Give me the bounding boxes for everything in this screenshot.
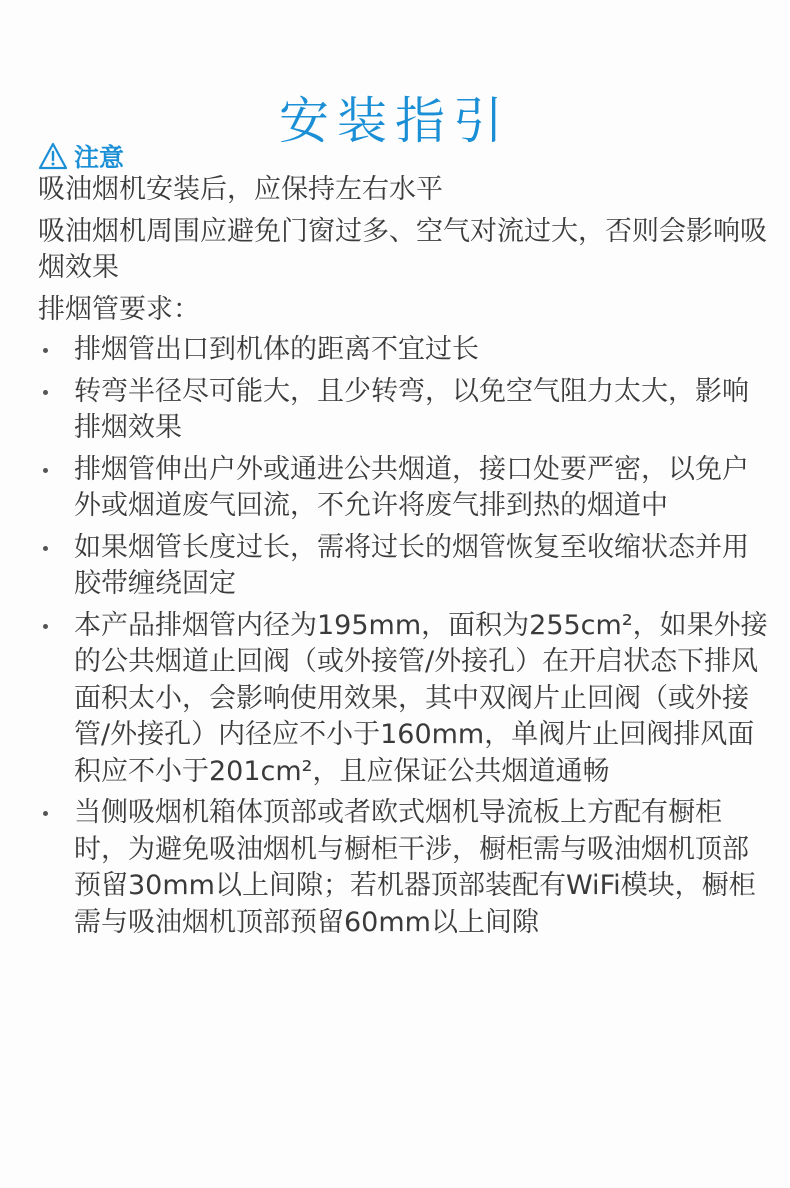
bullet-dot-icon <box>43 811 48 816</box>
bullet-list: 排烟管出口到机体的距离不宜过长 转弯半径尽可能大，且少转弯，以免空气阻力太大，影… <box>38 332 768 941</box>
bullet-dot-icon <box>43 546 48 551</box>
list-item: 本产品排烟管内径为195mm，面积为255cm²，如果外接的公共烟道止回阀（或外… <box>38 608 768 791</box>
list-item-text: 当侧吸烟机箱体顶部或者欧式烟机导流板上方配有橱柜时，为避免吸油烟机与橱柜干涉，橱… <box>74 797 756 938</box>
list-item-text: 如果烟管长度过长，需将过长的烟管恢复至收缩状态并用胶带缠绕固定 <box>74 532 749 600</box>
warning-triangle-icon <box>38 142 68 170</box>
notice-heading: 注意 <box>38 138 124 174</box>
notice-label: 注意 <box>74 138 124 174</box>
section-heading: 排烟管要求： <box>38 292 768 329</box>
bullet-dot-icon <box>43 468 48 473</box>
list-item: 转弯半径尽可能大，且少转弯，以免空气阻力太大，影响排烟效果 <box>38 374 768 447</box>
list-item-text: 排烟管伸出户外或通进公共烟道，接口处要严密，以免户外或烟道废气回流，不允许将废气… <box>74 454 749 522</box>
list-item: 如果烟管长度过长，需将过长的烟管恢复至收缩状态并用胶带缠绕固定 <box>38 530 768 603</box>
instructions-body: 吸油烟机安装后，应保持左右水平 吸油烟机周围应避免门窗过多、空气对流过大，否则会… <box>38 172 768 946</box>
list-item: 排烟管出口到机体的距离不宜过长 <box>38 332 768 369</box>
list-item-text: 排烟管出口到机体的距离不宜过长 <box>74 334 479 365</box>
bullet-dot-icon <box>43 390 48 395</box>
bullet-dot-icon <box>43 348 48 353</box>
list-item: 当侧吸烟机箱体顶部或者欧式烟机导流板上方配有橱柜时，为避免吸油烟机与橱柜干涉，橱… <box>38 795 768 941</box>
paragraph: 吸油烟机周围应避免门窗过多、空气对流过大，否则会影响吸烟效果 <box>38 214 768 287</box>
list-item-text: 转弯半径尽可能大，且少转弯，以免空气阻力太大，影响排烟效果 <box>74 376 749 444</box>
paragraph: 吸油烟机安装后，应保持左右水平 <box>38 172 768 209</box>
list-item: 排烟管伸出户外或通进公共烟道，接口处要严密，以免户外或烟道废气回流，不允许将废气… <box>38 452 768 525</box>
bullet-dot-icon <box>43 624 48 629</box>
list-item-text: 本产品排烟管内径为195mm，面积为255cm²，如果外接的公共烟道止回阀（或外… <box>74 610 768 787</box>
